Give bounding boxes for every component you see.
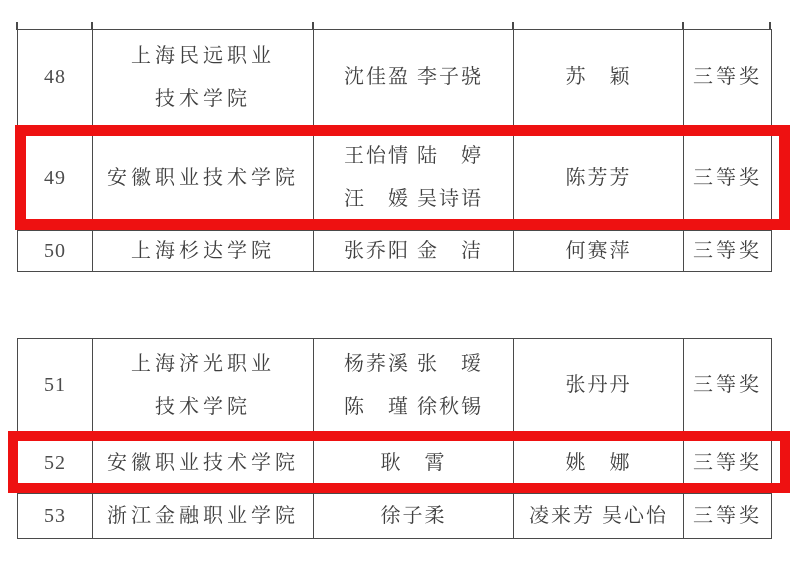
institution-cell: 安徽职业技术学院 (93, 433, 314, 494)
rank-value: 48 (44, 56, 66, 99)
institution-line: 安徽职业技术学院 (107, 442, 299, 485)
rank-value: 52 (44, 442, 66, 485)
teachers-cell: 陈芳芳 (514, 126, 684, 231)
teachers-line: 张丹丹 (566, 364, 632, 407)
teachers-cell: 张丹丹 (514, 339, 684, 433)
students-line: 耿 霄 (381, 442, 447, 485)
teachers-line: 苏 颖 (566, 56, 632, 99)
institution-line: 浙江金融职业学院 (107, 495, 299, 538)
award-value: 三等奖 (693, 56, 762, 99)
students-line: 杨荞溪 张 瑷 (344, 343, 483, 386)
award-value: 三等奖 (693, 495, 762, 538)
award-value: 三等奖 (693, 364, 762, 407)
students-cell: 徐子柔 (314, 494, 514, 538)
teachers-line: 姚 娜 (566, 442, 632, 485)
students-cell: 张乔阳 金 洁 (314, 231, 514, 271)
teachers-line: 陈芳芳 (566, 157, 632, 200)
institution-cell: 上海杉达学院 (93, 231, 314, 271)
students-line: 徐子柔 (381, 495, 447, 538)
students-line: 汪 媛 吴诗语 (344, 178, 483, 221)
awards-table-lower: 51 上海济光职业 技术学院 杨荞溪 张 瑷 陈 瑾 徐秋锡 张丹丹 三等奖 5… (17, 338, 772, 539)
institution-line: 上海济光职业 (131, 343, 275, 386)
students-cell: 杨荞溪 张 瑷 陈 瑾 徐秋锡 (314, 339, 514, 433)
rank-cell: 50 (18, 231, 93, 271)
award-cell: 三等奖 (684, 126, 771, 231)
award-value: 三等奖 (693, 442, 762, 485)
award-value: 三等奖 (693, 157, 762, 200)
students-cell: 王怡情 陆 婷 汪 媛 吴诗语 (314, 126, 514, 231)
institution-cell: 安徽职业技术学院 (93, 126, 314, 231)
rank-cell: 51 (18, 339, 93, 433)
students-line: 王怡情 陆 婷 (344, 135, 483, 178)
institution-line: 技术学院 (155, 78, 251, 121)
institution-cell: 上海济光职业 技术学院 (93, 339, 314, 433)
institution-line: 技术学院 (155, 386, 251, 429)
award-cell: 三等奖 (684, 433, 771, 494)
students-line: 陈 瑾 徐秋锡 (344, 386, 483, 429)
rank-value: 50 (44, 231, 66, 271)
document-page: 48 上海民远职业 技术学院 沈佳盈 李子骁 苏 颖 三等奖 49 安徽职业技术… (0, 0, 799, 576)
institution-line: 上海民远职业 (131, 35, 275, 78)
rank-cell: 52 (18, 433, 93, 494)
institution-line: 安徽职业技术学院 (107, 157, 299, 200)
award-cell: 三等奖 (684, 231, 771, 271)
teachers-cell: 凌来芳 吴心怡 (514, 494, 684, 538)
awards-table-upper: 48 上海民远职业 技术学院 沈佳盈 李子骁 苏 颖 三等奖 49 安徽职业技术… (17, 29, 772, 272)
students-cell: 耿 霄 (314, 433, 514, 494)
award-cell: 三等奖 (684, 494, 771, 538)
rank-cell: 49 (18, 126, 93, 231)
award-cell: 三等奖 (684, 30, 771, 126)
teachers-cell: 苏 颖 (514, 30, 684, 126)
students-line: 沈佳盈 李子骁 (344, 56, 483, 99)
students-line: 张乔阳 金 洁 (344, 231, 483, 271)
rank-value: 53 (44, 495, 66, 538)
teachers-cell: 何赛萍 (514, 231, 684, 271)
rank-cell: 53 (18, 494, 93, 538)
award-value: 三等奖 (693, 231, 762, 271)
teachers-line: 凌来芳 吴心怡 (529, 495, 668, 538)
award-cell: 三等奖 (684, 339, 771, 433)
rank-cell: 48 (18, 30, 93, 126)
students-cell: 沈佳盈 李子骁 (314, 30, 514, 126)
institution-cell: 浙江金融职业学院 (93, 494, 314, 538)
teachers-cell: 姚 娜 (514, 433, 684, 494)
institution-line: 上海杉达学院 (131, 231, 275, 271)
rank-value: 51 (44, 364, 66, 407)
institution-cell: 上海民远职业 技术学院 (93, 30, 314, 126)
teachers-line: 何赛萍 (566, 231, 632, 271)
rank-value: 49 (44, 157, 66, 200)
